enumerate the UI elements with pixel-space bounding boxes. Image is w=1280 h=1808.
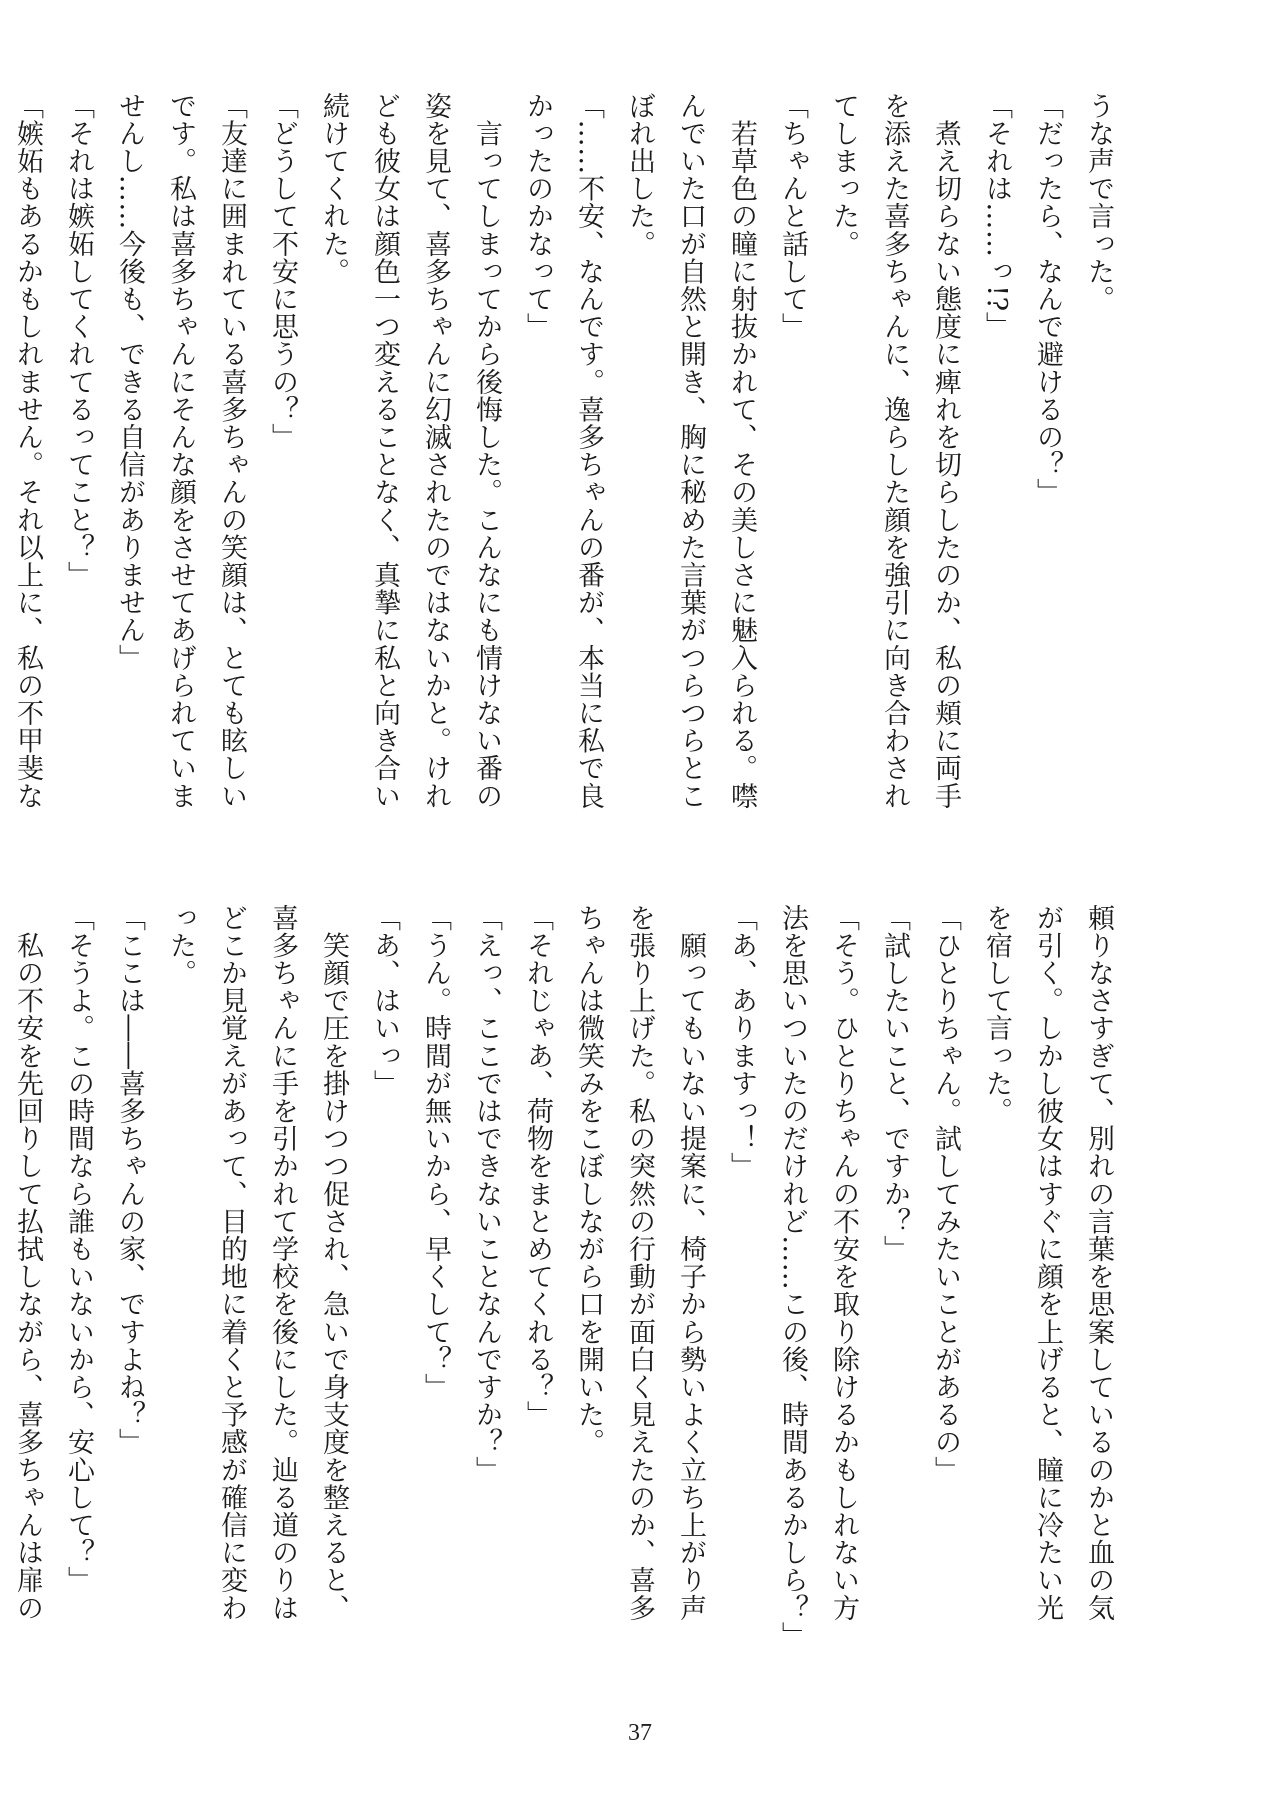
text-column: 「それじゃあ、荷物をまとめてくれる？」 [512, 904, 563, 1674]
text-column: 私の不安を先回りして払拭しながら、喜多ちゃんは扉の [2, 904, 53, 1674]
text-column: った。 [155, 904, 206, 1674]
text-column: 「ひとりちゃん。試してみたいことがあるの」 [920, 904, 971, 1674]
text-column: 喜多ちゃんに手を引かれて学校を後にした。辿る道のりは [257, 904, 308, 1674]
text-column: ちゃんは微笑みをこぼしながら口を開いた。 [563, 904, 614, 1674]
text-column: を張り上げた。私の突然の行動が面白く見えたのか、喜多 [614, 904, 665, 1674]
text-column: 「それは嫉妬してくれてるってこと？」 [53, 92, 104, 862]
text-column: 若草色の瞳に射抜かれて、その美しさに魅入られる。噤 [716, 92, 767, 862]
text-column: うな声で言った。 [1073, 92, 1124, 862]
text-column: 「だったら、なんで避けるの？」 [1022, 92, 1073, 862]
text-column: 「嫉妬もあるかもしれません。それ以上に、私の不甲斐な [2, 92, 53, 862]
text-column: 姿を見て、喜多ちゃんに幻滅されたのではないかと。けれ [410, 92, 461, 862]
text-column: 頼りなさすぎて、別れの言葉を思案しているのかと血の気 [1073, 904, 1124, 1674]
text-column: 「どうして不安に思うの？」 [257, 92, 308, 862]
text-column: どこか見覚えがあって、目的地に着くと予感が確信に変わ [206, 904, 257, 1674]
text-column: さに嫌気が差して仕方無いんです。こんな私じゃ、喜多ち [0, 92, 2, 862]
text-column: せんし……今後も、できる自信がありません」 [104, 92, 155, 862]
text-column: 「試したいこと、ですか？」 [869, 904, 920, 1674]
text-column: んでいた口が自然と開き、胸に秘めた言葉がつらつらとこ [665, 92, 716, 862]
text-column: 「あ、ありますっ！」 [716, 904, 767, 1674]
text-column: 「あ、はいっ」 [359, 904, 410, 1674]
text-column: 「ちゃんと話して」 [767, 92, 818, 862]
text-column: を宿して言った。 [971, 904, 1022, 1674]
text-column: 鍵を開けて私を家に招き入れた。手を引かれるまま導かれ [0, 904, 2, 1674]
text-column: 「ここは――喜多ちゃんの家、ですよね？」 [104, 904, 155, 1674]
text-column: 「えっ、ここではできないことなんですか？」 [461, 904, 512, 1674]
text-column: 「友達に囲まれている喜多ちゃんの笑顔は、とても眩しい [206, 92, 257, 862]
text-column: てしまった。 [818, 92, 869, 862]
text-column: 願ってもいない提案に、椅子から勢いよく立ち上がり声 [665, 904, 716, 1674]
text-column: 「そうよ。この時間なら誰もいないから、安心して？」 [53, 904, 104, 1674]
text-column: 続けてくれた。 [308, 92, 359, 862]
text-column: かったのかなって」 [512, 92, 563, 862]
text-block-bottom: 頼りなさすぎて、別れの言葉を思案しているのかと血の気が引く。しかし彼女はすぐに顔… [0, 904, 1124, 1674]
text-column: を添えた喜多ちゃんに、逸らした顔を強引に向き合わされ [869, 92, 920, 862]
text-column: 「そう。ひとりちゃんの不安を取り除けるかもしれない方 [818, 904, 869, 1674]
text-column: 煮え切らない態度に痺れを切らしたのか、私の頬に両手 [920, 92, 971, 862]
page-number: 37 [0, 1720, 1280, 1747]
text-column: ども彼女は顔色一つ変えることなく、真摯に私と向き合い [359, 92, 410, 862]
text-column: 笑顔で圧を掛けつつ促され、急いで身支度を整えると、 [308, 904, 359, 1674]
text-block-top: うな声で言った。「だったら、なんで避けるの？」「それは……っ!?」 煮え切らない… [0, 92, 1124, 862]
text-column: 「それは……っ!?」 [971, 92, 1022, 862]
text-column: が引く。しかし彼女はすぐに顔を上げると、瞳に冷たい光 [1022, 904, 1073, 1674]
text-column: です。私は喜多ちゃんにそんな顔をさせてあげられていま [155, 92, 206, 862]
text-column: ぼれ出した。 [614, 92, 665, 862]
text-column: 「うん。時間が無いから、早くして？」 [410, 904, 461, 1674]
text-column: 言ってしまってから後悔した。こんなにも情けない番の [461, 92, 512, 862]
text-column: 「……不安、なんです。喜多ちゃんの番が、本当に私で良 [563, 92, 614, 862]
text-column: 法を思いついたのだけれど……この後、時間あるかしら？」 [767, 904, 818, 1674]
